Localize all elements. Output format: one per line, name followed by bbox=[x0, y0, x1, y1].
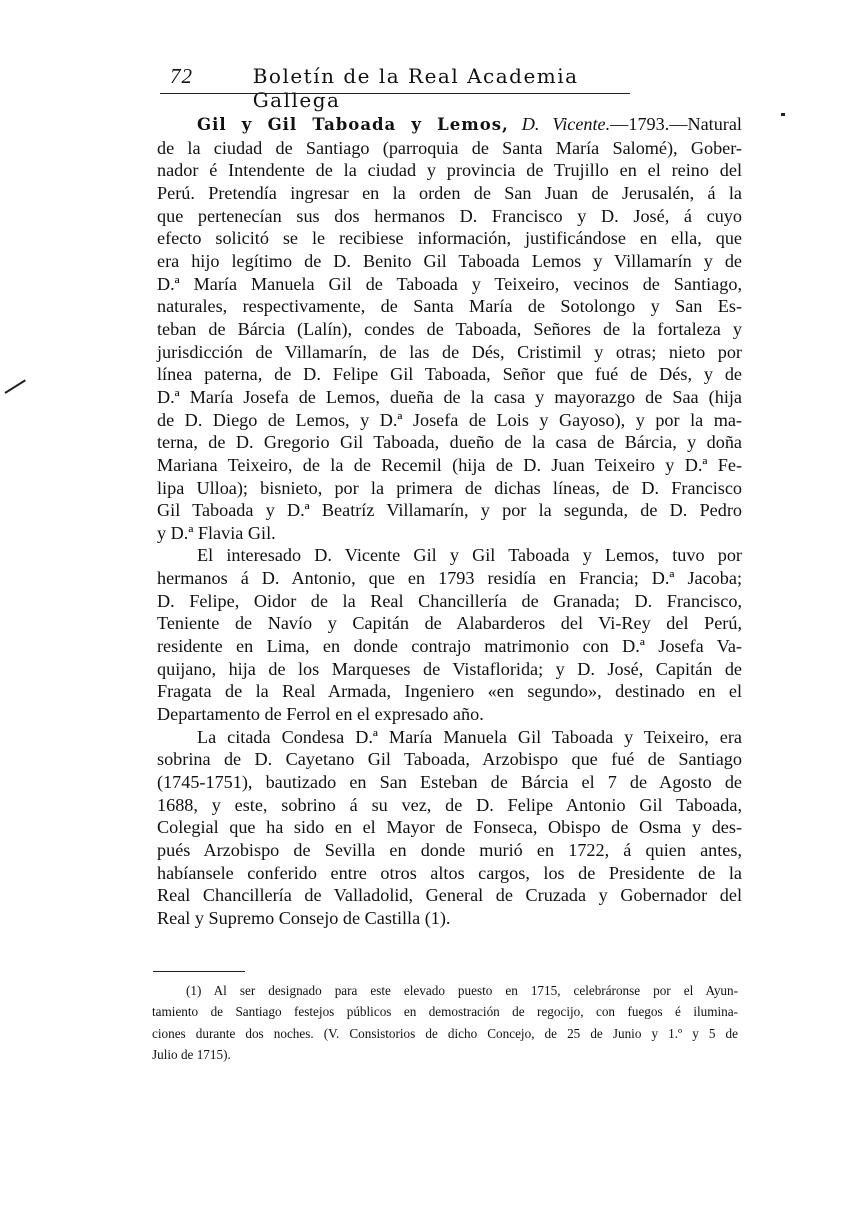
entry-name: Gil y Gil Taboada y Lemos, bbox=[197, 115, 509, 134]
text-line: hermanos á D. Antonio, que en 1793 resid… bbox=[157, 567, 742, 590]
text-line: terna, de D. Gregorio Gil Taboada, dueño… bbox=[157, 431, 742, 454]
text-line: habíansele conferido entre otros altos c… bbox=[157, 862, 742, 885]
text-line: sobrina de D. Cayetano Gil Taboada, Arzo… bbox=[157, 748, 742, 771]
text-line: residente en Lima, en donde contrajo mat… bbox=[157, 635, 742, 658]
text-line: Departamento de Ferrol en el expresado a… bbox=[157, 703, 742, 726]
margin-dot bbox=[781, 113, 785, 116]
text-line: de la ciudad de Santiago (parroquia de S… bbox=[157, 137, 742, 160]
article-body: Gil y Gil Taboada y Lemos, D. Vicente.—1… bbox=[157, 113, 742, 930]
text-line: D.ª María Josefa de Lemos, dueña de la c… bbox=[157, 386, 742, 409]
text-line: era hijo legítimo de D. Benito Gil Taboa… bbox=[157, 250, 742, 273]
running-head: 72 Boletín de la Real Academia Gallega bbox=[170, 64, 640, 94]
text-line: La citada Condesa D.ª María Manuela Gil … bbox=[157, 726, 742, 749]
paragraph-2: El interesado D. Vicente Gil y Gil Taboa… bbox=[157, 544, 742, 725]
text-line: Real Chancillería de Valladolid, General… bbox=[157, 884, 742, 907]
text-line: D.ª María Manuela Gil de Taboada y Teixe… bbox=[157, 273, 742, 296]
footnote-line: (1) Al ser designado para este elevado p… bbox=[152, 980, 738, 1001]
paragraph-3: La citada Condesa D.ª María Manuela Gil … bbox=[157, 726, 742, 930]
footnote-line: Julio de 1715). bbox=[152, 1044, 738, 1065]
text-line: Colegial que ha sido en el Mayor de Fons… bbox=[157, 816, 742, 839]
text-line: El interesado D. Vicente Gil y Gil Taboa… bbox=[157, 544, 742, 567]
text-line: que pertenecían sus dos hermanos D. Fran… bbox=[157, 205, 742, 228]
text-line: (1745-1751), bautizado en San Esteban de… bbox=[157, 771, 742, 794]
text-line: Real y Supremo Consejo de Castilla (1). bbox=[157, 907, 742, 930]
text-line: de D. Diego de Lemos, y D.ª Josefa de Lo… bbox=[157, 409, 742, 432]
text-line: Fragata de la Real Armada, Ingeniero «en… bbox=[157, 680, 742, 703]
text-line: Gil Taboada y D.ª Beatríz Villamarín, y … bbox=[157, 499, 742, 522]
text-line: pués Arzobispo de Sevilla en donde murió… bbox=[157, 839, 742, 862]
page-number: 72 bbox=[170, 64, 253, 89]
text-line: 1688, y este, sobrino á su vez, de D. Fe… bbox=[157, 794, 742, 817]
text-line: jurisdicción de Villamarín, de las de Dé… bbox=[157, 341, 742, 364]
text-line: teban de Bárcia (Lalín), condes de Taboa… bbox=[157, 318, 742, 341]
text-line: efecto solicitó se le recibiese informac… bbox=[157, 227, 742, 250]
journal-title: Boletín de la Real Academia Gallega bbox=[253, 64, 640, 112]
entry-lead: —1793.—Natural bbox=[610, 114, 742, 134]
footnote-line: ciones durante dos noches. (V. Consistor… bbox=[152, 1023, 738, 1044]
text-line: línea paterna, de D. Felipe Gil Taboada,… bbox=[157, 363, 742, 386]
entry-heading-line: Gil y Gil Taboada y Lemos, D. Vicente.—1… bbox=[157, 113, 742, 137]
text-line: quijano, hija de los Marqueses de Vistaf… bbox=[157, 658, 742, 681]
footnote-rule bbox=[153, 971, 245, 972]
text-line: y D.ª Flavia Gil. bbox=[157, 522, 742, 545]
margin-pencil-mark bbox=[4, 379, 25, 393]
text-line: lipa Ulloa); bisnieto, por la primera de… bbox=[157, 477, 742, 500]
footnote-line: tamiento de Santiago festejos públicos e… bbox=[152, 1001, 738, 1022]
text-line: Perú. Pretendía ingresar en la orden de … bbox=[157, 182, 742, 205]
text-line: naturales, respectivamente, de Santa Mar… bbox=[157, 295, 742, 318]
paragraph-1: de la ciudad de Santiago (parroquia de S… bbox=[157, 137, 742, 545]
text-line: nador é Intendente de la ciudad y provin… bbox=[157, 159, 742, 182]
text-line: D. Felipe, Oidor de la Real Chancillería… bbox=[157, 590, 742, 613]
header-rule bbox=[160, 93, 630, 94]
text-line: Mariana Teixeiro, de la de Recemil (hija… bbox=[157, 454, 742, 477]
text-line: Teniente de Navío y Capitán de Alabarder… bbox=[157, 612, 742, 635]
entry-given-name: D. Vicente. bbox=[522, 114, 610, 134]
footnote: (1) Al ser designado para este elevado p… bbox=[152, 980, 738, 1066]
